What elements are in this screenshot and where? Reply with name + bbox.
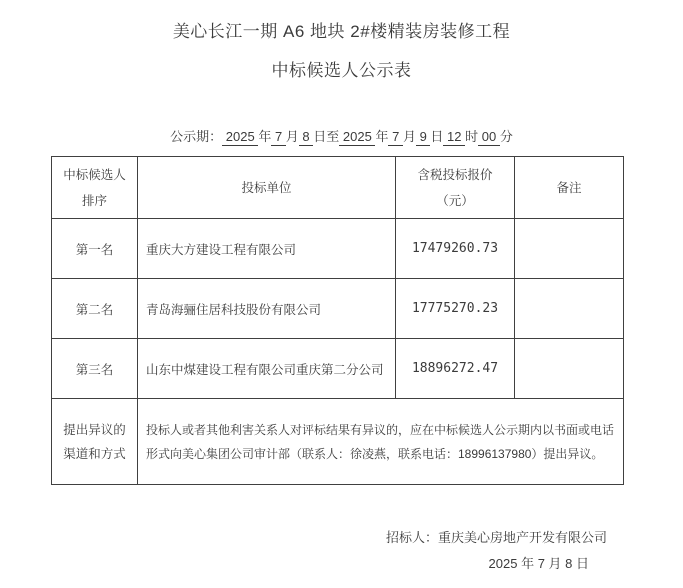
remark-cell <box>515 339 624 399</box>
period-start-year: 2025 <box>222 129 258 146</box>
period-minute-unit: 分 <box>500 129 513 144</box>
header-rank: 中标候选人 排序 <box>52 157 138 219</box>
rank-cell: 第二名 <box>52 279 138 339</box>
remark-cell <box>515 219 624 279</box>
price-cell: 18896272.47 <box>396 339 515 399</box>
period-end-month: 7 <box>388 129 402 146</box>
company-cell: 山东中煤建设工程有限公司重庆第二分公司 <box>138 339 396 399</box>
objection-label: 提出异议的 渠道和方式 <box>52 399 138 485</box>
period-hour-unit: 时 <box>465 129 478 144</box>
rank-cell: 第一名 <box>52 219 138 279</box>
price-cell: 17775270.23 <box>396 279 515 339</box>
publicity-document: 美心长江一期 A6 地块 2#楼精装房装修工程 中标候选人公示表 公示期： 20… <box>0 0 683 588</box>
header-bidder: 投标单位 <box>138 157 396 219</box>
period-label: 公示期： <box>170 129 222 144</box>
period-end-minute: 00 <box>478 129 500 146</box>
period-year-unit: 年 <box>258 129 271 144</box>
table-row: 第一名 重庆大方建设工程有限公司 17479260.73 <box>52 219 624 279</box>
table-row: 第三名 山东中煤建设工程有限公司重庆第二分公司 18896272.47 <box>52 339 624 399</box>
header-price: 含税投标报价 （元） <box>396 157 515 219</box>
period-month-unit-2: 月 <box>403 129 416 144</box>
period-start-day: 8 <box>299 129 313 146</box>
period-year-unit-2: 年 <box>375 129 388 144</box>
period-to-text: 日至 <box>313 129 339 144</box>
tenderee-line: 招标人：重庆美心房地产开发有限公司 <box>0 525 607 551</box>
table-header-row: 中标候选人 排序 投标单位 含税投标报价 （元） 备注 <box>52 157 624 219</box>
period-end-day: 9 <box>416 129 430 146</box>
company-cell: 重庆大方建设工程有限公司 <box>138 219 396 279</box>
page-subtitle: 中标候选人公示表 <box>0 59 683 83</box>
company-cell: 青岛海骊住居科技股份有限公司 <box>138 279 396 339</box>
bid-candidates-table: 中标候选人 排序 投标单位 含税投标报价 （元） 备注 第一名 重庆大方建设工程… <box>51 156 624 485</box>
objection-content: 投标人或者其他利害关系人对评标结果有异议的，应在中标候选人公示期内以书面或电话形… <box>138 399 624 485</box>
period-end-year: 2025 <box>339 129 375 146</box>
rank-cell: 第三名 <box>52 339 138 399</box>
period-day-unit: 日 <box>430 129 443 144</box>
objection-row: 提出异议的 渠道和方式 投标人或者其他利害关系人对评标结果有异议的，应在中标候选… <box>52 399 624 485</box>
price-cell: 17479260.73 <box>396 219 515 279</box>
period-month-unit: 月 <box>286 129 299 144</box>
issue-date-line: 2025 年 7 月 8 日 <box>0 551 607 577</box>
document-footer: 招标人：重庆美心房地产开发有限公司 2025 年 7 月 8 日 <box>0 525 607 577</box>
period-start-month: 7 <box>271 129 285 146</box>
page-title: 美心长江一期 A6 地块 2#楼精装房装修工程 <box>0 0 683 44</box>
table-row: 第二名 青岛海骊住居科技股份有限公司 17775270.23 <box>52 279 624 339</box>
publicity-period: 公示期： 2025 年 7 月 8 日至 2025 年 7 月 9 日 12 时… <box>0 128 683 146</box>
period-end-hour: 12 <box>443 129 465 146</box>
remark-cell <box>515 279 624 339</box>
header-remark: 备注 <box>515 157 624 219</box>
